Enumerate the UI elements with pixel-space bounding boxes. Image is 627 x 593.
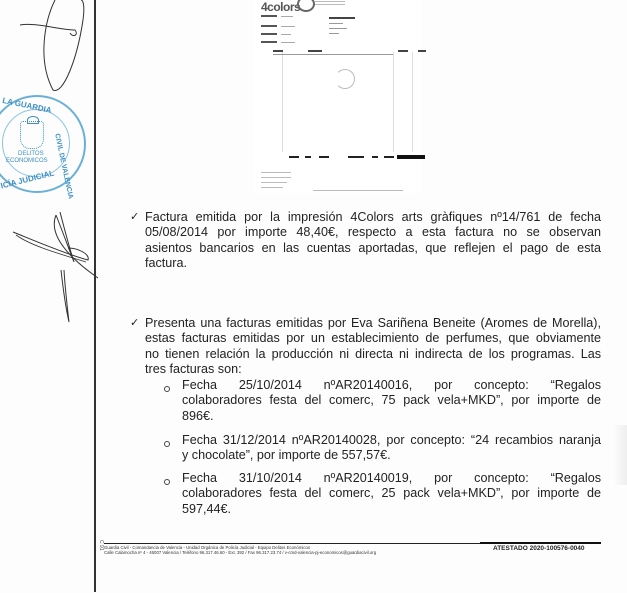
sub-item-invoice-ar20140019: Fecha 31/10/2014 nºAR20140019, por conce… [182, 471, 601, 517]
coat-of-arms-icon [20, 121, 44, 149]
check-icon: ✓ [130, 210, 139, 223]
invoice-scan-image: 4colors [253, 0, 421, 193]
invoice-stamp-mark [335, 69, 355, 89]
invoice-logo: 4colors [261, 0, 300, 14]
guardia-civil-seal: LA GUARDIA CIVIL DE VALENCIA DELITOS ECO… [0, 95, 86, 193]
footer-atestado-reference: ATESTADO 2020-100576-0040 [493, 545, 585, 552]
paragraph-invoice-4colors: Factura emitida por la impresión 4Colors… [145, 210, 601, 272]
signature-top [15, 0, 85, 95]
seal-center-line2: ECONOMICOS [6, 158, 48, 164]
footer-contact: Calle Calamocha nº 4 - 46007 Valencia / … [104, 550, 376, 555]
paragraph-aromes-morella: Presenta una facturas emitidas por Eva S… [145, 316, 601, 378]
page-edge-shadow [613, 425, 627, 485]
seal-center-line1: DELITOS [18, 151, 44, 157]
signature-tail [55, 270, 75, 325]
logo-swirl-icon [297, 0, 315, 12]
invoice-table-header [273, 50, 418, 52]
sub-item-invoice-ar20140016: Fecha 25/10/2014 nºAR20140016, por conce… [182, 378, 601, 424]
invoice-client-block [329, 17, 355, 38]
circle-bullet-icon [164, 479, 170, 485]
invoice-totals-row [289, 156, 419, 159]
circle-bullet-icon [164, 386, 170, 392]
circle-bullet-icon [164, 441, 170, 447]
sub-item-invoice-ar20140028: Fecha 31/12/2014 nºAR20140028, por conce… [182, 433, 601, 464]
footer-rule-bold [480, 542, 601, 544]
check-icon: ✓ [130, 316, 139, 329]
margin-rule [94, 0, 96, 592]
invoice-line-item [273, 54, 393, 55]
invoice-address-lines [315, 1, 345, 2]
